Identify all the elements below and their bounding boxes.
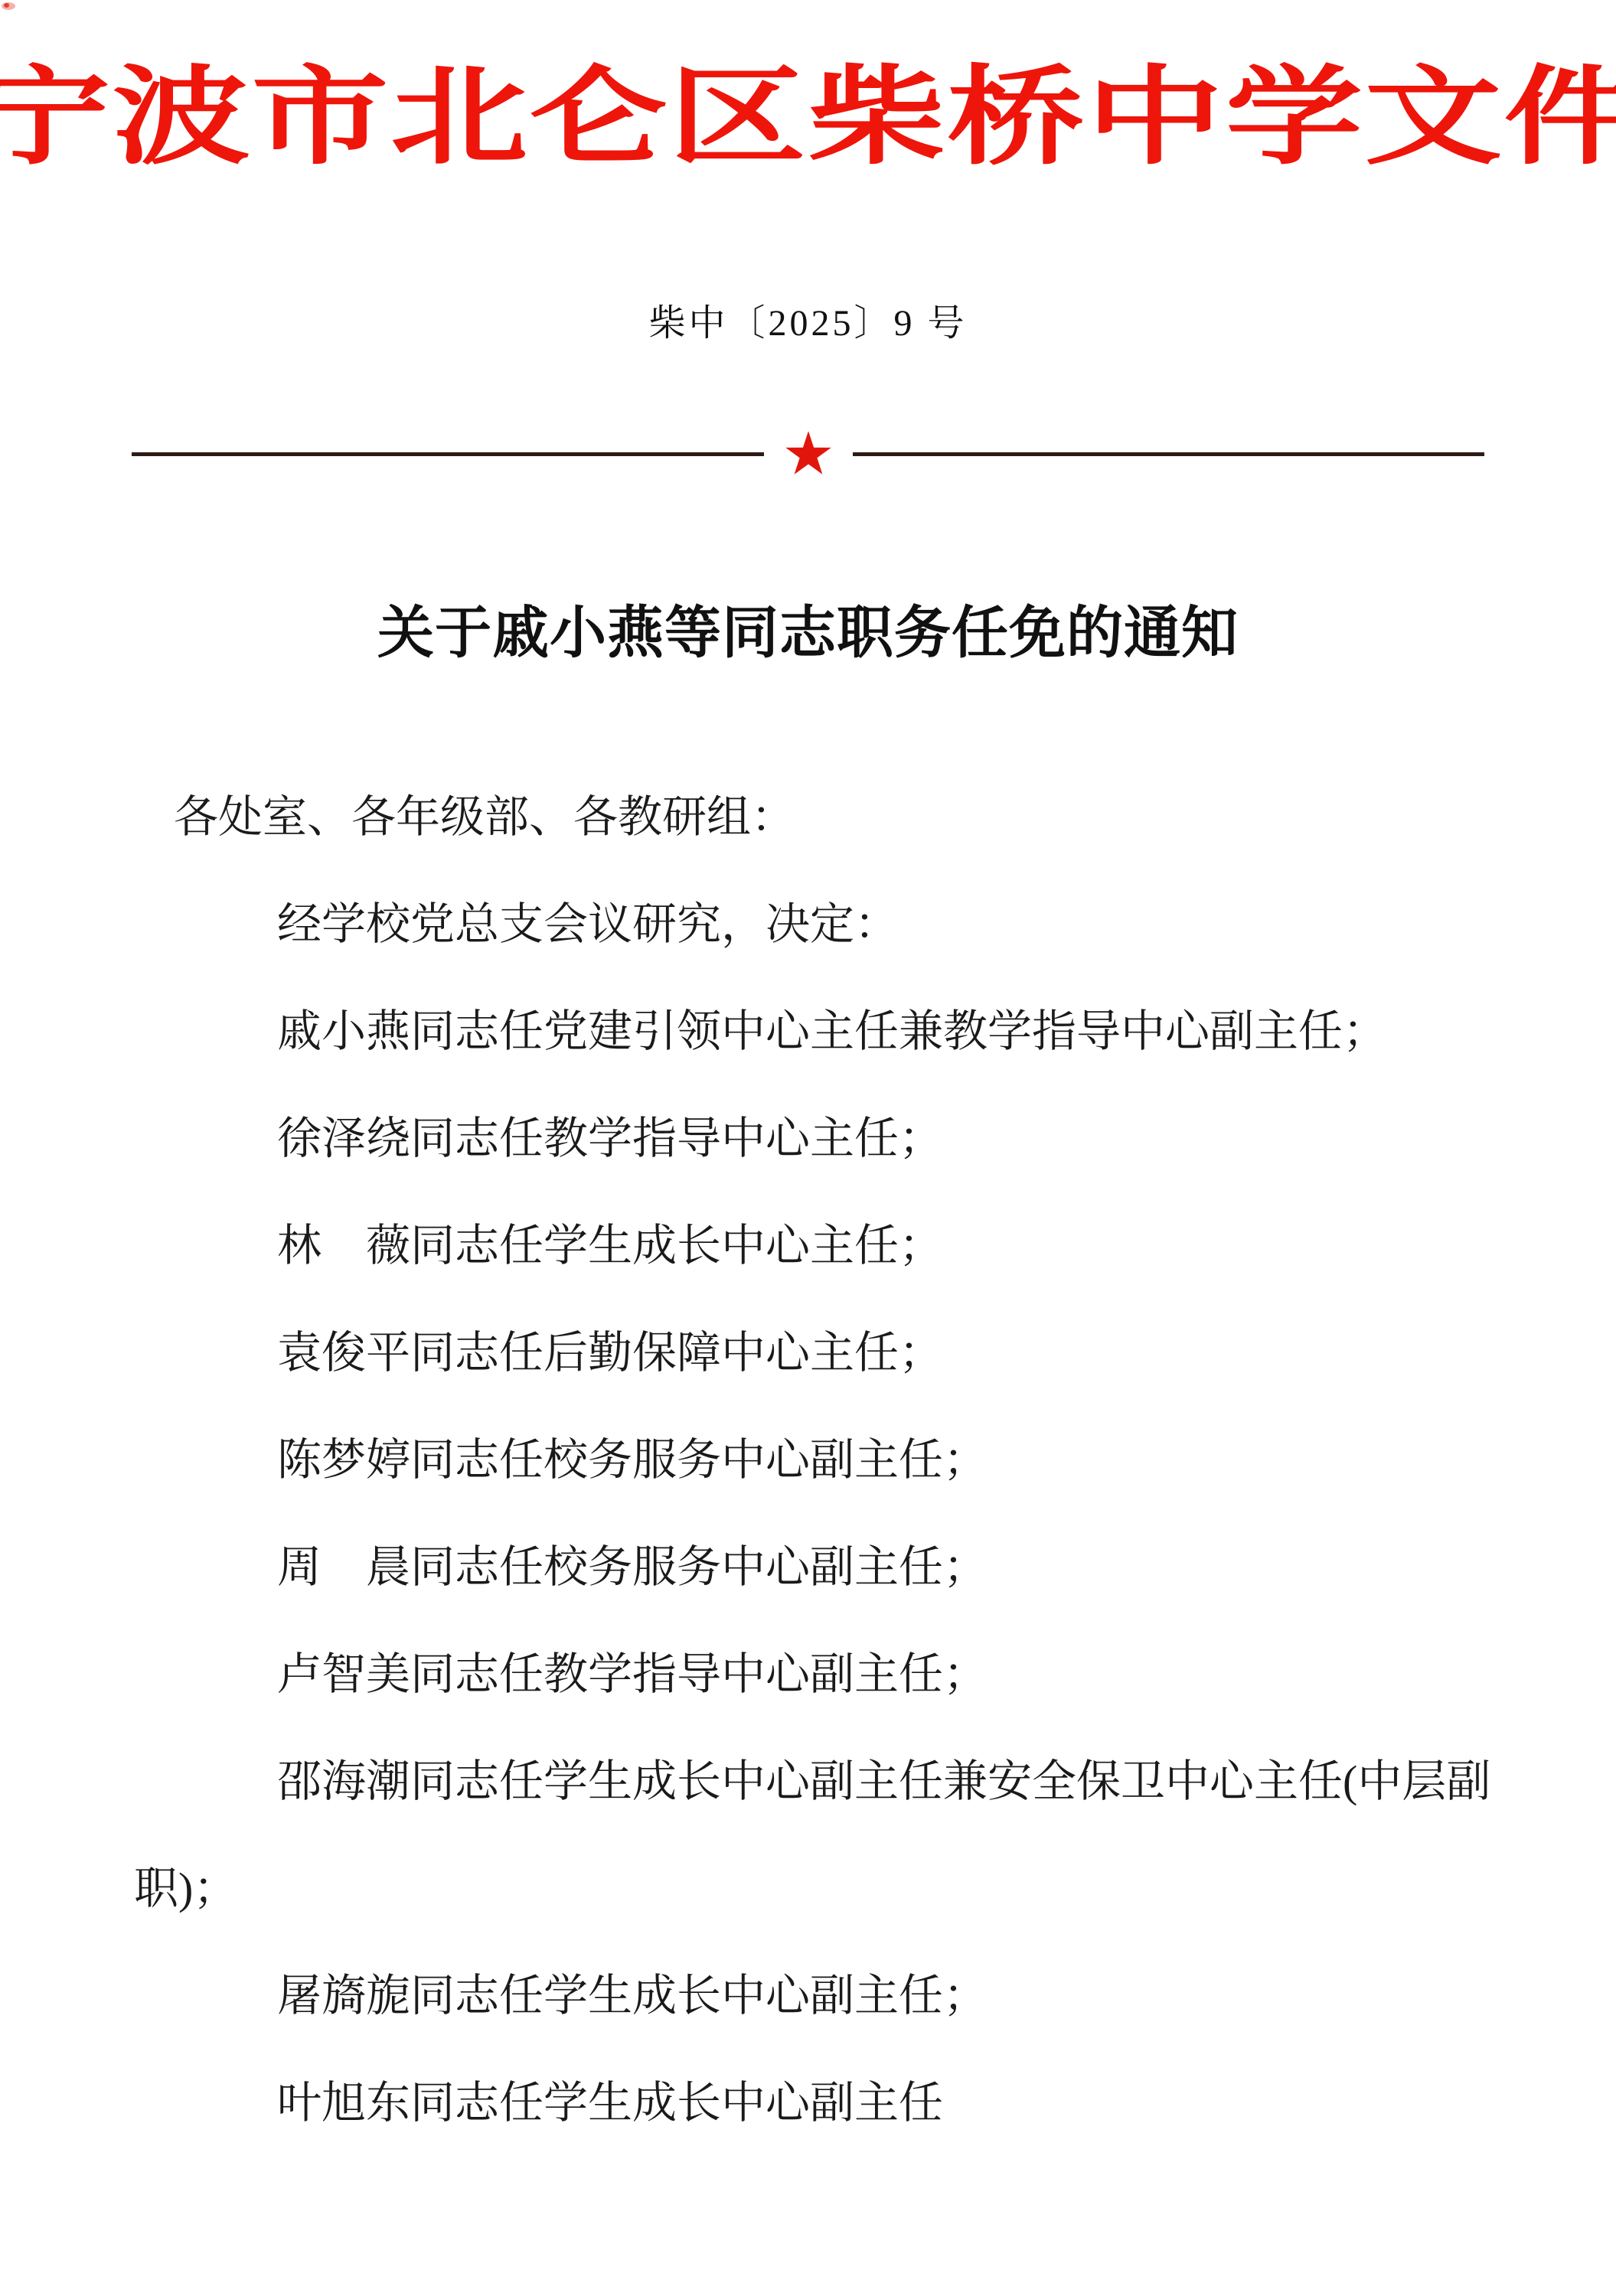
red-letterhead-title: 宁波市北仑区柴桥中学文件 bbox=[0, 0, 1616, 174]
divider-line-left bbox=[132, 452, 764, 456]
body-paragraph: 经学校党总支会议研究，决定： bbox=[134, 871, 1509, 978]
document-number: 柴中〔2025〕9 号 bbox=[0, 301, 1616, 347]
body-paragraph: 叶旭东同志任学生成长中心副主任 bbox=[134, 2050, 1509, 2157]
salutation-line: 各处室、各年级部、各教研组： bbox=[134, 764, 1509, 871]
body-paragraph: 徐泽绕同志任教学指导中心主任； bbox=[134, 1085, 1509, 1192]
body-paragraph: 周 晨同志任校务服务中心副主任； bbox=[134, 1514, 1509, 1621]
body-paragraph: 陈梦婷同志任校务服务中心副主任； bbox=[134, 1407, 1509, 1514]
red-star-icon bbox=[785, 429, 831, 479]
body-paragraph: 袁俊平同志任后勤保障中心主任； bbox=[134, 1300, 1509, 1407]
document-page: 宁波市北仑区柴桥中学文件 柴中〔2025〕9 号 关于戚小燕等同志职务任免的通知… bbox=[0, 0, 1616, 2296]
divider-line-right bbox=[853, 452, 1485, 456]
body-paragraph: 邵海潮同志任学生成长中心副主任兼安全保卫中心主任(中层副职)； bbox=[134, 1728, 1509, 1942]
notice-body: 各处室、各年级部、各教研组： 经学校党总支会议研究，决定： 戚小燕同志任党建引领… bbox=[0, 764, 1616, 2157]
notice-title: 关于戚小燕等同志职务任免的通知 bbox=[0, 599, 1616, 668]
body-paragraph: 戚小燕同志任党建引领中心主任兼教学指导中心副主任； bbox=[134, 978, 1509, 1085]
body-paragraph: 林 薇同志任学生成长中心主任； bbox=[134, 1192, 1509, 1300]
body-paragraph: 屠旖旎同志任学生成长中心副主任； bbox=[134, 1942, 1509, 2050]
header-divider bbox=[132, 423, 1484, 484]
body-paragraph: 卢智美同志任教学指导中心副主任； bbox=[134, 1621, 1509, 1728]
